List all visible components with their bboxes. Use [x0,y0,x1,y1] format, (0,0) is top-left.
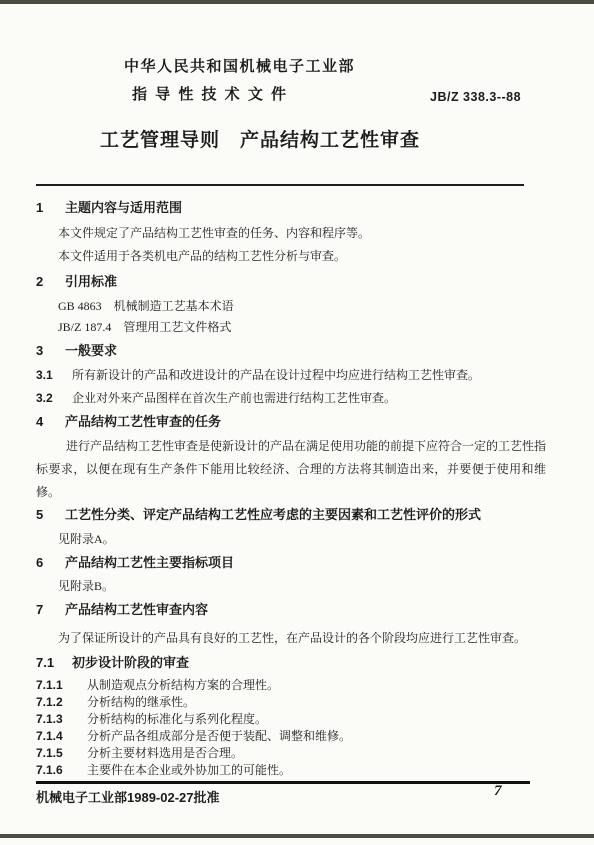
clause: 7.1.4分析产品各组成部分是否便于装配、调整和维修。 [36,728,546,745]
paragraph: 为了保证所设计的产品具有良好的工艺性，在产品设计的各个阶段均应进行工艺性审查。 [36,627,546,650]
page-content: 中华人民共和国机械电子工业部 指 导 性 技 术 文 件 JB/Z 338.3-… [36,0,546,807]
clause: 3.1所有新设计的产品和改进设计的产品在设计过程中均应进行结构工艺性审查。 [36,364,546,387]
clause: 7.1.3分析结构的标准化与系列化程度。 [36,711,546,728]
title-divider [36,184,524,186]
header-ministry: 中华人民共和国机械电子工业部 [124,57,546,77]
clause-number: 7.1.6 [36,762,72,779]
page-bottom-edge [0,834,594,838]
page-title: 工艺管理导则 产品结构工艺性审查 [100,129,546,153]
clause: 7.1.6主要件在本企业或外协加工的可能性。 [36,762,546,779]
section-7-heading: 7产品结构工艺性审查内容 [36,601,546,619]
section-heading-text: 产品结构工艺性审查内容 [65,602,208,617]
paragraph: 本文件规定了产品结构工艺性审查的任务、内容和程序等。 [36,222,546,245]
section-3-heading: 3一般要求 [36,342,546,360]
clause-number: 7.1.5 [36,745,72,762]
paragraph: 见附录B。 [36,575,546,598]
section-7-1-body: 7.1.1从制造观点分析结构方案的合理性。 7.1.2分析结构的继承性。 7.1… [36,677,546,779]
clause: 7.1.1从制造观点分析结构方案的合理性。 [36,677,546,694]
section-5-heading: 5工艺性分类、评定产品结构工艺性应考虑的主要因素和工艺性评价的形式 [36,506,546,524]
section-7-body: 为了保证所设计的产品具有良好的工艺性，在产品设计的各个阶段均应进行工艺性审查。 [36,627,546,650]
section-1-heading: 1主题内容与适用范围 [36,199,546,217]
section-number: 4 [36,413,50,431]
footer-divider [36,781,530,784]
paragraph: 本文件适用于各类机电产品的结构工艺性分析与审查。 [36,245,546,268]
clause: 3.2企业对外来产品图样在首次生产前也需进行结构工艺性审查。 [36,387,546,410]
clause-number: 7.1.3 [36,711,72,728]
section-number: 7 [36,601,50,619]
section-7-1-heading: 7.1初步设计阶段的审查 [36,654,546,672]
section-heading-text: 初步设计阶段的审查 [72,655,189,670]
clause-text: 分析产品各组成部分是否便于装配、调整和维修。 [87,729,351,743]
section-number: 1 [36,199,50,217]
clause-text: 主要件在本企业或外协加工的可能性。 [87,763,291,777]
section-heading-text: 引用标准 [65,274,117,289]
section-heading-text: 工艺性分类、评定产品结构工艺性应考虑的主要因素和工艺性评价的形式 [65,507,481,522]
clause-number: 7.1.4 [36,728,72,745]
page-number: 7 [494,783,502,800]
clause-number: 3.1 [36,364,57,387]
section-2-body: GB 4863 机械制造工艺基本术语 JB/Z 187.4 管理用工艺文件格式 [36,296,546,338]
section-heading-text: 产品结构工艺性审查的任务 [65,414,221,429]
paragraph: 进行产品结构工艺性审查是使新设计的产品在满足使用功能的前提下应符合一定的工艺性指… [36,435,546,504]
section-heading-text: 产品结构工艺性主要指标项目 [65,555,234,570]
section-number: 6 [36,554,50,572]
section-3-body: 3.1所有新设计的产品和改进设计的产品在设计过程中均应进行结构工艺性审查。 3.… [36,364,546,410]
clause-number: 7.1.2 [36,694,72,711]
section-number: 3 [36,342,50,360]
referenced-standard: GB 4863 机械制造工艺基本术语 [36,296,546,317]
clause-number: 7.1.1 [36,677,72,694]
clause-text: 所有新设计的产品和改进设计的产品在设计过程中均应进行结构工艺性审查。 [72,368,480,382]
clause-text: 分析结构的继承性。 [87,695,195,709]
section-heading-text: 一般要求 [65,343,117,358]
section-5-body: 见附录A。 [36,528,546,551]
approval-note: 机械电子工业部1989-02-27批准 [36,789,546,807]
section-2-heading: 2引用标准 [36,273,546,291]
clause: 7.1.5分析主要材料选用是否合理。 [36,745,546,762]
section-6-body: 见附录B。 [36,575,546,598]
clause-text: 分析结构的标准化与系列化程度。 [87,712,267,726]
standard-number: JB/Z 338.3--88 [430,90,521,104]
clause-number: 3.2 [36,387,57,410]
section-number: 2 [36,273,50,291]
clause: 7.1.2分析结构的继承性。 [36,694,546,711]
clause-text: 从制造观点分析结构方案的合理性。 [87,678,279,692]
section-4-heading: 4产品结构工艺性审查的任务 [36,413,546,431]
clause-text: 分析主要材料选用是否合理。 [87,746,243,760]
section-heading-text: 主题内容与适用范围 [65,200,182,215]
paragraph: 见附录A。 [36,528,546,551]
section-number: 5 [36,506,50,524]
section-number: 7.1 [36,654,57,672]
section-4-body: 进行产品结构工艺性审查是使新设计的产品在满足使用功能的前提下应符合一定的工艺性指… [36,435,546,504]
clause-text: 企业对外来产品图样在首次生产前也需进行结构工艺性审查。 [72,391,396,405]
section-1-body: 本文件规定了产品结构工艺性审查的任务、内容和程序等。 本文件适用于各类机电产品的… [36,222,546,268]
section-6-heading: 6产品结构工艺性主要指标项目 [36,554,546,572]
referenced-standard: JB/Z 187.4 管理用工艺文件格式 [36,317,546,338]
